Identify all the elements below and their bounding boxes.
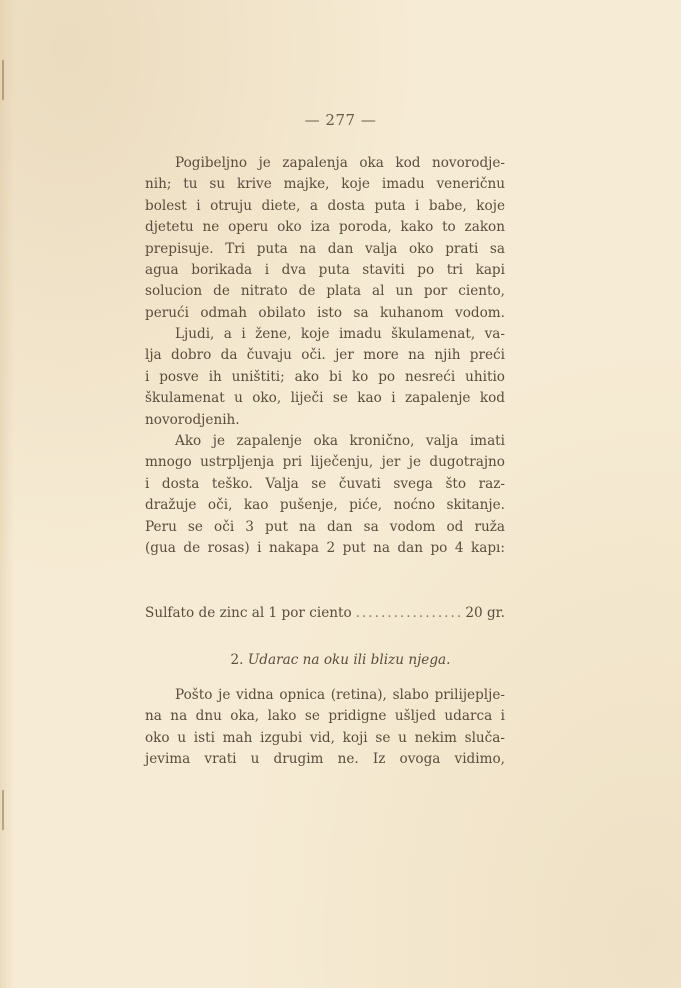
- text-line: nih; tu su krive majke, koje imadu vener…: [145, 174, 505, 195]
- section-heading: 2. Udarac na oku ili blizu njega.: [0, 652, 681, 668]
- text-line: lja dobro da čuvaju oči. jer more na nji…: [145, 345, 505, 366]
- paragraph-newborn-inflammation: Pogibeljno je zapalenja oka kod novorodj…: [145, 153, 505, 324]
- prescription-line: Sulfato de zinc al 1 por ciento ........…: [145, 605, 505, 621]
- text-line: i dosta teško. Valja se čuvati svega što…: [145, 474, 505, 495]
- text-line: (gua de rosas) i nakapa 2 put na dan po …: [145, 538, 505, 559]
- text-line: i posve ih uništiti; ako bi ko po nesreć…: [145, 367, 505, 388]
- text-line: agua borikada i dva puta staviti po tri …: [145, 260, 505, 281]
- text-line: djetetu ne operu oko iza poroda, kako to…: [145, 217, 505, 238]
- text-line: bolest i otruju diete, a dosta puta i ba…: [145, 196, 505, 217]
- text-line: novorodjenih.: [145, 410, 505, 431]
- text-line: Pošto je vidna opnica (retina), slabo pr…: [145, 685, 505, 706]
- text-line: prepisuje. Tri puta na dan valja oko pra…: [145, 239, 505, 260]
- section-title: Udarac na oku ili blizu njega.: [248, 652, 451, 668]
- section-number: 2.: [231, 652, 244, 668]
- text-line: Ljudi, a i žene, koje imadu škulamenat, …: [145, 324, 505, 345]
- paragraph-retina-injury: Pošto je vidna opnica (retina), slabo pr…: [145, 685, 505, 771]
- text-line: perući odmah obilato isto sa kuhanom vod…: [145, 303, 505, 324]
- text-line: Ako je zapalenje oka kronično, valja ima…: [145, 431, 505, 452]
- page-number: — 277 —: [0, 111, 681, 129]
- prescription-item: Sulfato de zinc al 1 por ciento: [145, 605, 352, 621]
- text-line: Pogibeljno je zapalenja oka kod novorodj…: [145, 153, 505, 174]
- dot-leader: ............................: [356, 605, 462, 621]
- paragraph-gonorrhea: Ljudi, a i žene, koje imadu škulamenat, …: [145, 324, 505, 431]
- text-line: mnogo ustrpljenja pri liječenju, jer je …: [145, 452, 505, 473]
- text-line: solucion de nitrato de plata al un por c…: [145, 281, 505, 302]
- paragraph-chronic-inflammation: Ako je zapalenje oka kronično, valja ima…: [145, 431, 505, 559]
- text-line: škulamenat u oko, liječi se kao i zapale…: [145, 388, 505, 409]
- scanned-book-page: — 277 — Pogibeljno je zapalenja oka kod …: [0, 0, 681, 988]
- text-line: na na dnu oka, lako se pridigne ušljed u…: [145, 706, 505, 727]
- page-edge-mark-bottom: [2, 790, 4, 830]
- prescription-amount: 20 gr.: [465, 605, 505, 621]
- text-line: jevima vrati u drugim ne. Iz ovoga vidim…: [145, 749, 505, 770]
- text-line: dražuje oči, kao pušenje, piće, noćno sk…: [145, 495, 505, 516]
- text-line: Peru se oči 3 put na dan sa vodom od ruž…: [145, 517, 505, 538]
- page-edge-mark-top: [2, 60, 4, 100]
- text-line: oko u isti mah izgubi vid, koji se u nek…: [145, 728, 505, 749]
